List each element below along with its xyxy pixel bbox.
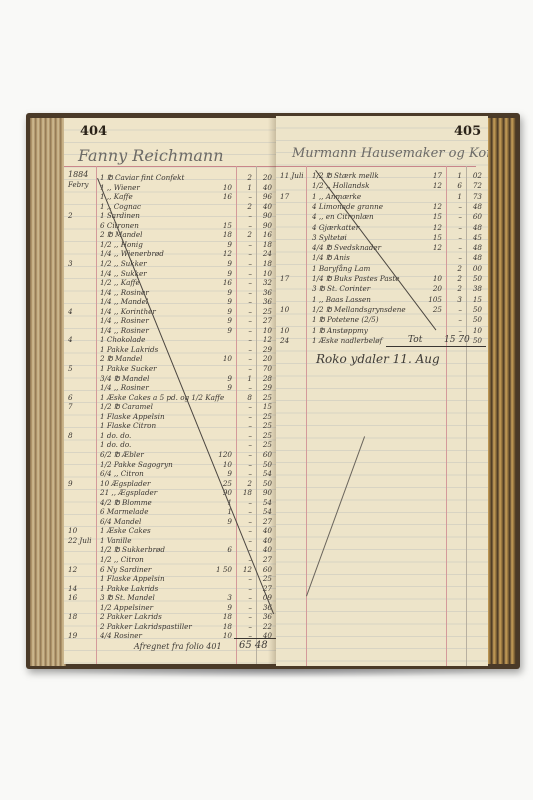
pence-column-rule (466, 166, 467, 666)
year-label: 1884 (68, 170, 88, 179)
entry-date: 7 (68, 401, 94, 413)
footer-total: 65 48 (239, 640, 268, 651)
entry-date: 4 (68, 334, 94, 346)
entry-date: 17 (280, 273, 306, 285)
right-page-edges (486, 118, 516, 664)
amount-column-rule (236, 166, 237, 664)
entry-date: 16 (68, 592, 94, 604)
page-number: 405 (454, 124, 481, 139)
account-heading: Murmann Hausemaker og Kone (292, 146, 488, 161)
total-rule (386, 346, 486, 347)
entry-date: 5 (68, 363, 94, 375)
total-label: Tot (408, 335, 422, 345)
right-page: 405 Murmann Hausemaker og Kone 11 Juli1/… (276, 116, 488, 666)
total-value: 15 70 (444, 335, 470, 345)
amount-column-rule (446, 166, 447, 666)
entry-date: 3 (68, 258, 94, 270)
entry-date: 2 (68, 210, 94, 222)
entry-date: 17 (280, 191, 306, 203)
pence-column-rule (256, 166, 257, 664)
entry-date: 4 (68, 306, 94, 318)
entry-date: 24 (280, 335, 306, 347)
footer-label: Afregnet fra folio 401 (134, 642, 222, 651)
left-page-edges (30, 118, 66, 666)
entry-pence: 50 (468, 335, 482, 347)
entry-date: 10 (280, 304, 306, 316)
entry-date: 19 (68, 630, 94, 642)
entry-date: 22 Juli (68, 535, 94, 547)
month-label: Febry (68, 181, 88, 189)
date-column-rule (96, 166, 97, 664)
entry-date: 11 Juli (280, 170, 306, 182)
entry-date: 9 (68, 478, 94, 490)
entry-date: 8 (68, 430, 94, 442)
settlement-note: Roko ydaler 11. Aug (316, 352, 440, 366)
entry-unit-price: 10 (210, 630, 232, 642)
page-number: 404 (80, 124, 107, 139)
left-page: 404 Fanny Reichmann 1884 Febry 1 ℔ Cavia… (64, 118, 276, 664)
entry-date: 18 (68, 611, 94, 623)
entry-date: 12 (68, 564, 94, 576)
account-heading: Fanny Reichmann (78, 146, 224, 165)
faint-diagonal-line (306, 436, 365, 596)
entry-description: 1 Æske nadlerbeløf (312, 335, 442, 347)
